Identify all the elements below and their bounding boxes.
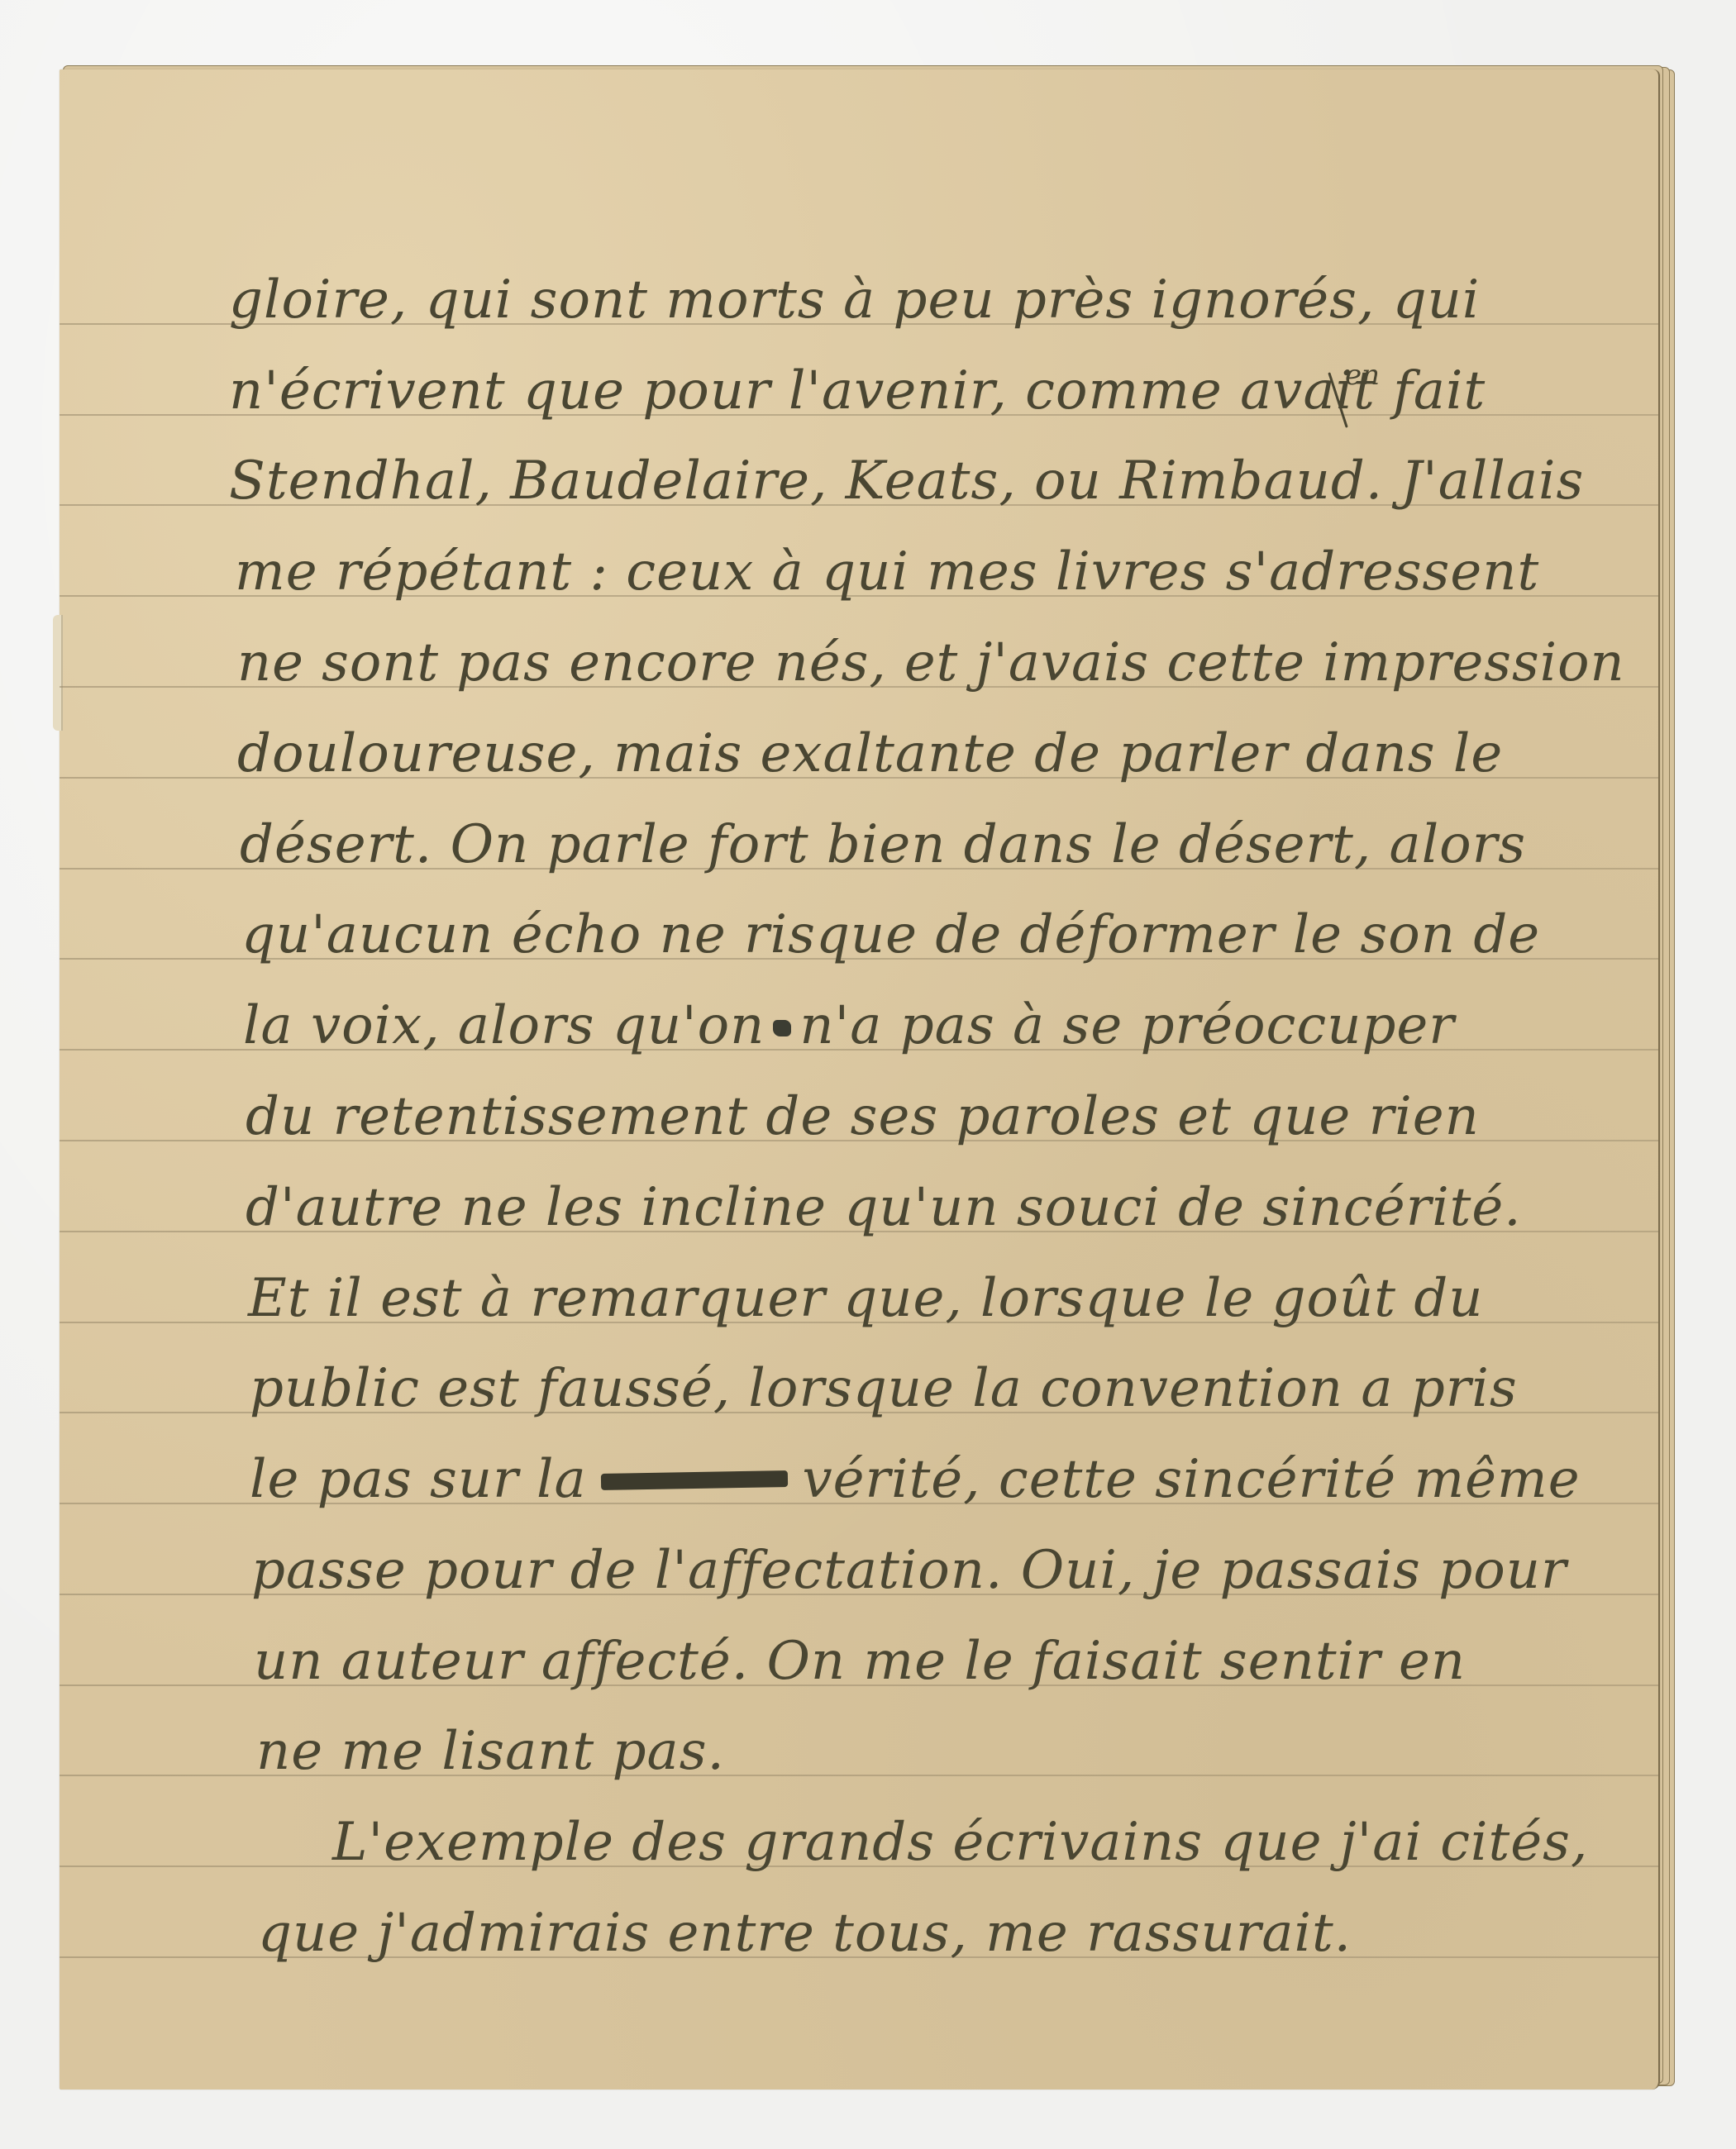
manuscript-line: douloureuse, mais exaltante de parler da… <box>237 712 1625 795</box>
manuscript-line: me répétant : ceux à qui mes livres s'ad… <box>235 531 1625 613</box>
manuscript-line: du retentissement de ses paroles et que … <box>246 1075 1625 1158</box>
line-text: n'a pas à se préoccuper <box>799 995 1455 1056</box>
manuscript-line: ne sont pas encore nés, et j'avais cette… <box>237 622 1621 704</box>
manuscript-line: qu'aucun écho ne risque de déformer le s… <box>241 893 1625 976</box>
line-text: Et il est à remarquer que, lorsque le go… <box>248 1268 1484 1329</box>
line-text: le pas sur la <box>250 1449 587 1510</box>
manuscript-line: L'exemple des grands écrivains que j'ai … <box>332 1801 1625 1884</box>
line-text: L'exemple des grands écrivains que j'ai … <box>332 1812 1588 1873</box>
struck-word: réalité <box>604 1449 785 1510</box>
manuscript-line: gloire, qui sont morts à peu près ignoré… <box>229 259 1625 341</box>
line-text: Stendhal, Baudelaire, Keats, ou Rimbaud.… <box>229 450 1584 512</box>
line-text: du retentissement de ses paroles et que … <box>246 1086 1480 1147</box>
manuscript-line: désert. On parle fort bien dans le déser… <box>240 803 1625 886</box>
inserted-word: en <box>1345 359 1380 392</box>
manuscript-line: ne me lisant pas. <box>256 1710 1625 1793</box>
manuscript-line: la voix, alors qu'onn'a pas à se préoccu… <box>243 984 1625 1067</box>
manuscript-line: que j'admirais entre tous, me rassurait. <box>258 1892 1625 1975</box>
line-text: que j'admirais entre tous, me rassurait. <box>258 1903 1352 1964</box>
manuscript-line: le pas sur la réalité vérité, cette sinc… <box>250 1438 1625 1521</box>
manuscript-line: Et il est à remarquer que, lorsque le go… <box>248 1257 1625 1340</box>
line-text: me répétant : ceux à qui mes livres s'ad… <box>235 541 1539 603</box>
line-text: douloureuse, mais exaltante de parler da… <box>237 723 1503 784</box>
manuscript-line: Stendhal, Baudelaire, Keats, ou Rimbaud.… <box>229 440 1625 522</box>
line-text: public est faussé, lorsque la convention… <box>250 1358 1518 1419</box>
manuscript-line: public est faussé, lorsque la convention… <box>250 1347 1625 1430</box>
line-text: n'écrivent que pour l'avenir, comme avai… <box>229 360 1486 422</box>
line-text: gloire, qui sont morts à peu près ignoré… <box>229 269 1480 331</box>
line-text: la voix, alors qu'on <box>243 995 765 1056</box>
line-text: ne sont pas encore nés, et j'avais cette… <box>237 632 1625 693</box>
torn-edge <box>53 615 63 731</box>
manuscript-line: un auteur affecté. On me le faisait sent… <box>254 1620 1625 1703</box>
manuscript-line: n'écrivent que pour l'avenir, comme avai… <box>229 350 1625 432</box>
line-text: d'autre ne les incline qu'un souci de si… <box>246 1177 1522 1238</box>
line-text: ne me lisant pas. <box>256 1721 725 1782</box>
manuscript-page: gloire, qui sont morts à peu près ignoré… <box>60 69 1660 2089</box>
manuscript-line: d'autre ne les incline qu'un souci de si… <box>246 1166 1625 1249</box>
line-text: un auteur affecté. On me le faisait sent… <box>254 1631 1466 1692</box>
line-text: désert. On parle fort bien dans le déser… <box>240 814 1526 875</box>
manuscript-line: passe pour de l'affectation. Oui, je pas… <box>251 1529 1625 1612</box>
line-text: qu'aucun écho ne risque de déformer le s… <box>241 904 1540 965</box>
line-text: passe pour de l'affectation. Oui, je pas… <box>251 1540 1567 1601</box>
line-text: vérité, cette sincérité même <box>802 1449 1580 1510</box>
ink-blot <box>773 1020 791 1036</box>
